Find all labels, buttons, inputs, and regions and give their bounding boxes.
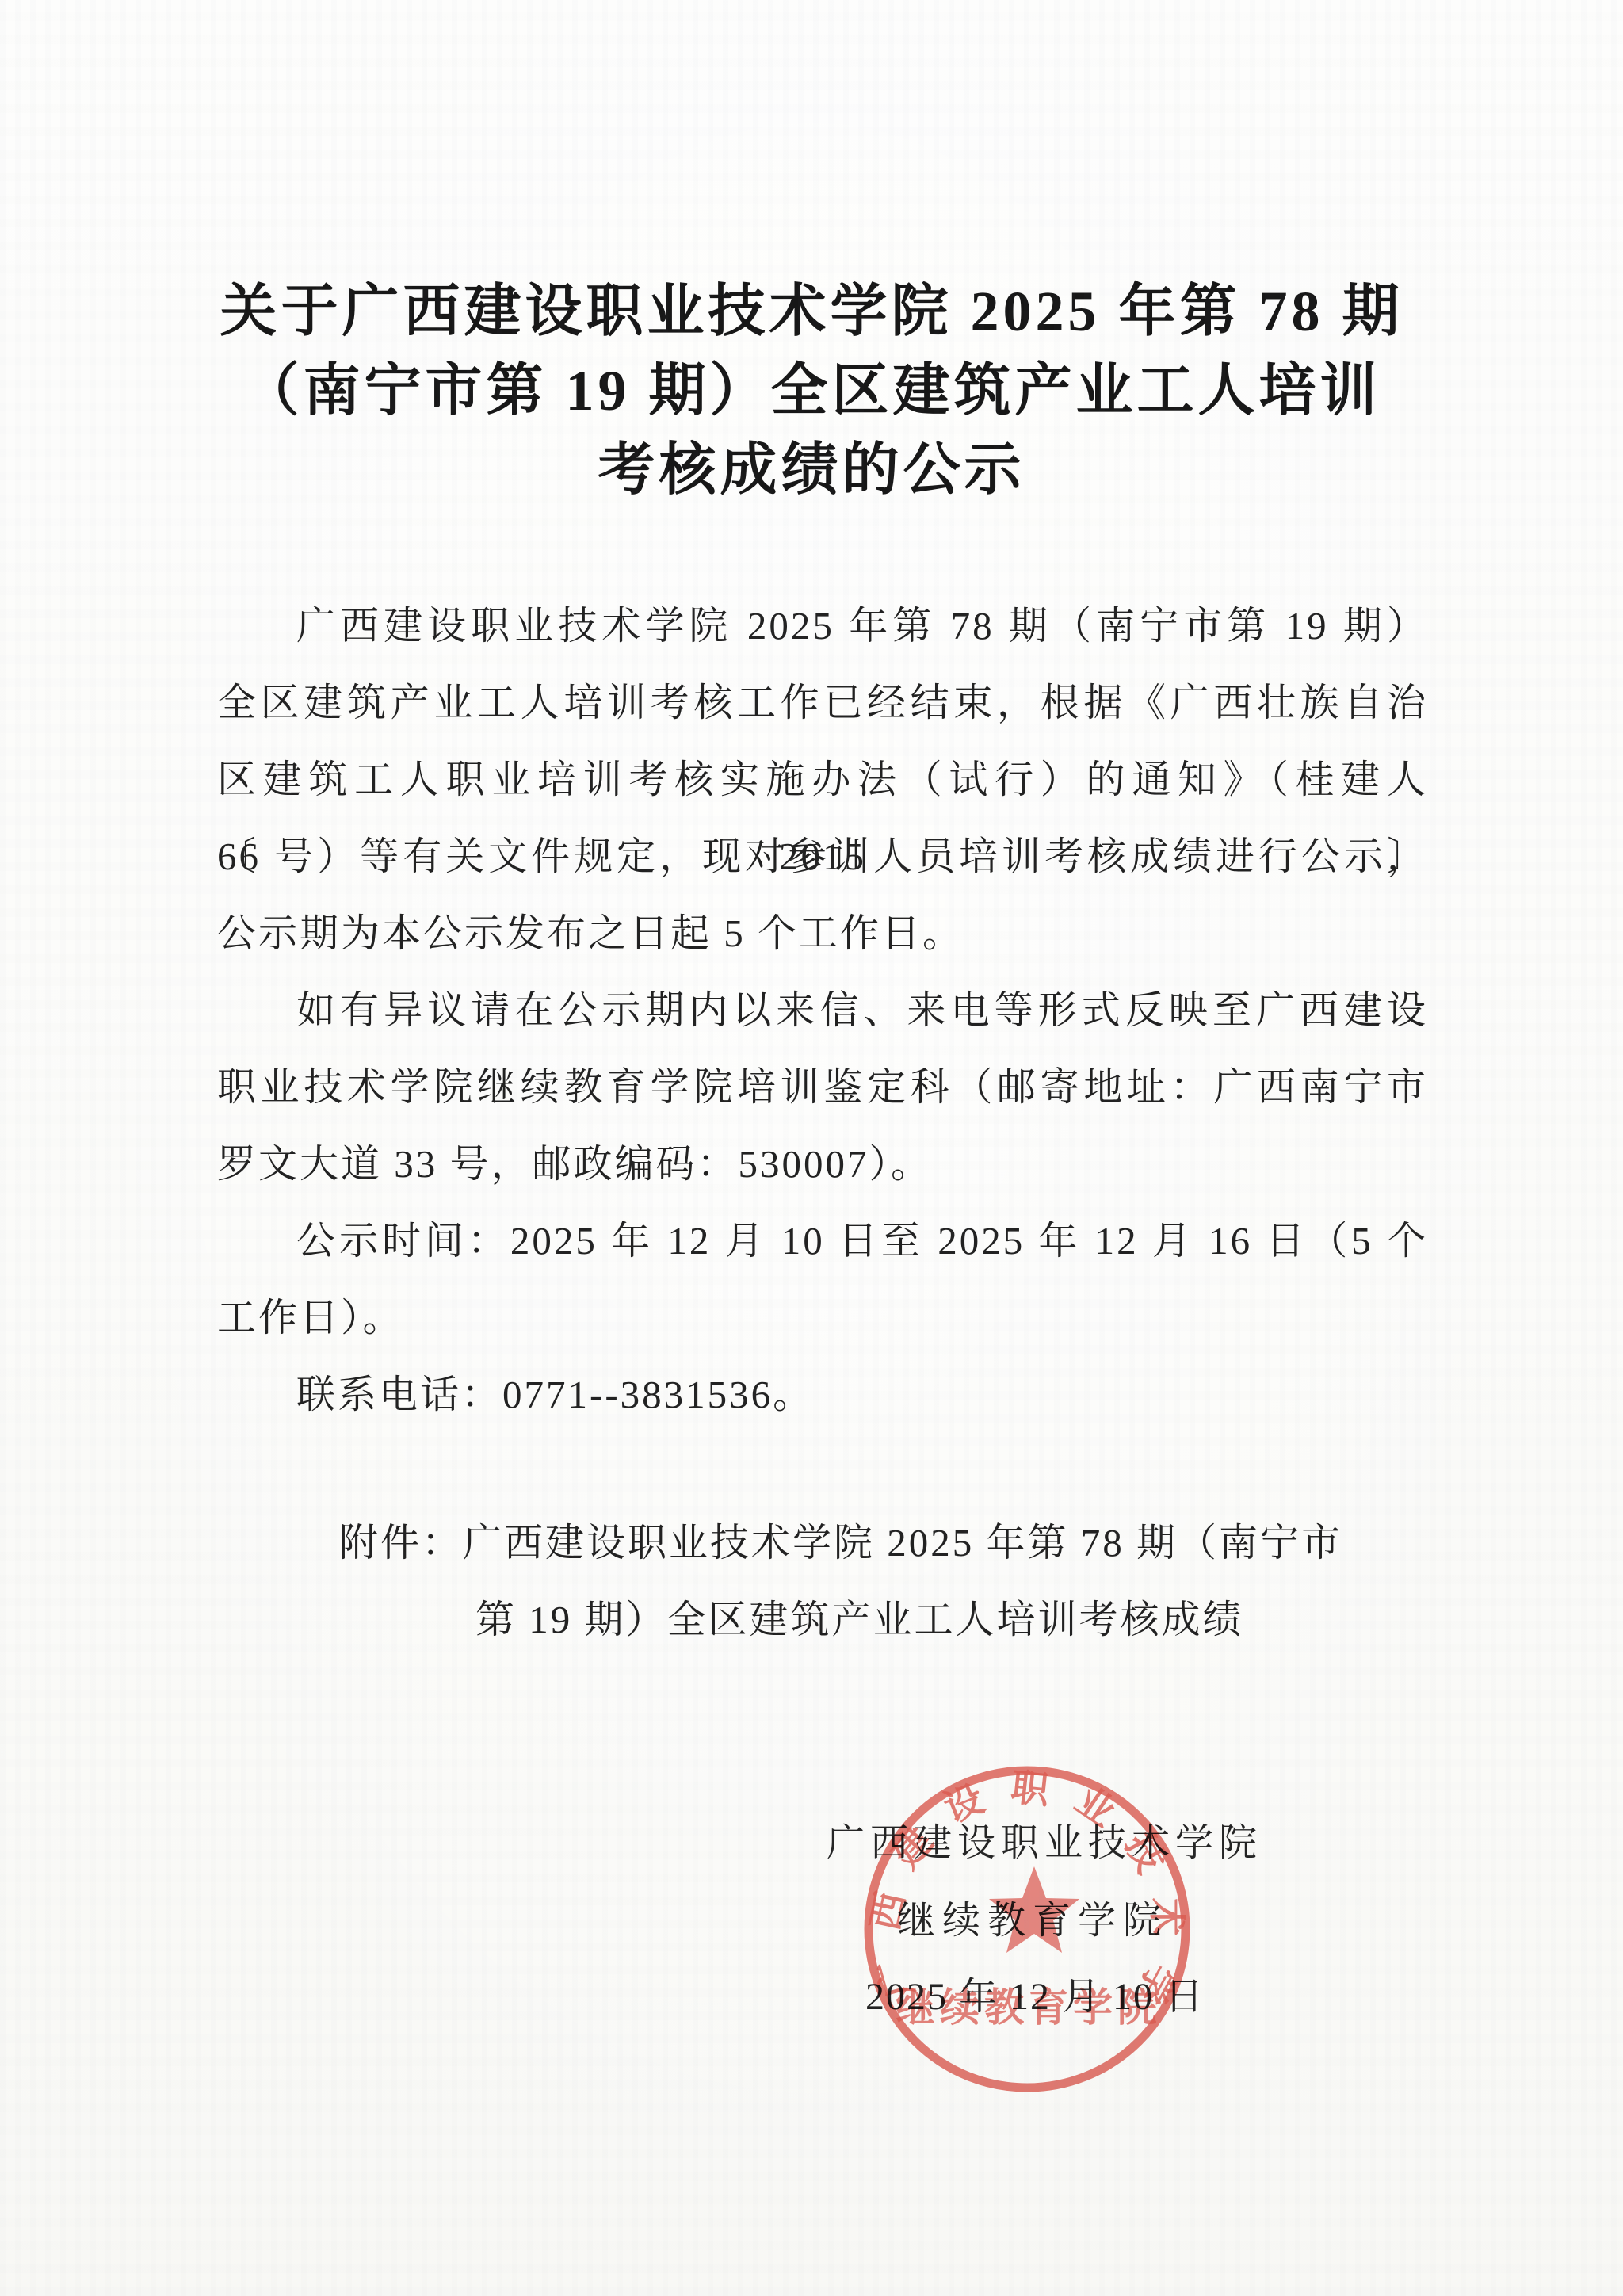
body-line: 职业技术学院继续教育学院培训鉴定科（邮寄地址：广西南宁市 bbox=[217, 1049, 1428, 1125]
body-line: 广西建设职业技术学院 2025 年第 78 期（南宁市第 19 期） bbox=[217, 587, 1428, 664]
body-line: 联系电话：0771--3831536。 bbox=[217, 1356, 1428, 1433]
title-line: （南宁市第 19 期）全区建筑产业工人培训 bbox=[0, 351, 1623, 430]
title-line: 关于广西建设职业技术学院 2025 年第 78 期 bbox=[0, 272, 1623, 351]
document-title: 关于广西建设职业技术学院 2025 年第 78 期（南宁市第 19 期）全区建筑… bbox=[0, 272, 1623, 510]
body-line: 66 号）等有关文件规定，现对参训人员培训考核成绩进行公示， bbox=[217, 818, 1428, 895]
body-line: 公示期为本公示发布之日起 5 个工作日。 bbox=[217, 895, 1428, 972]
body-line: 罗文大道 33 号，邮政编码：530007）。 bbox=[217, 1125, 1428, 1202]
attachment-line-2: 第 19 期）全区建筑产业工人培训考核成绩 bbox=[475, 1581, 1244, 1658]
document-page: 关于广西建设职业技术学院 2025 年第 78 期（南宁市第 19 期）全区建筑… bbox=[0, 0, 1623, 2296]
attachment-line-1: 附件：广西建设职业技术学院 2025 年第 78 期（南宁市 bbox=[339, 1504, 1342, 1581]
seal-bottom-text: 继续教育学院 bbox=[896, 1985, 1162, 2030]
document-body: 广西建设职业技术学院 2025 年第 78 期（南宁市第 19 期）全区建筑产业… bbox=[217, 587, 1428, 1433]
body-line: 公示时间：2025 年 12 月 10 日至 2025 年 12 月 16 日（… bbox=[217, 1202, 1428, 1279]
body-line: 如有异议请在公示期内以来信、来电等形式反映至广西建设 bbox=[217, 972, 1428, 1049]
body-line: 工作日）。 bbox=[217, 1279, 1428, 1356]
body-line: 区建筑工人职业培训考核实施办法（试行）的通知》（桂建人〔2015〕 bbox=[217, 741, 1428, 818]
official-seal: 广西建设职业技术学院 继续教育学院 bbox=[861, 1763, 1193, 2095]
seal-star-icon bbox=[989, 1866, 1079, 1953]
body-line: 全区建筑产业工人培训考核工作已经结束，根据《广西壮族自治 bbox=[217, 664, 1428, 741]
title-line: 考核成绩的公示 bbox=[0, 430, 1623, 510]
